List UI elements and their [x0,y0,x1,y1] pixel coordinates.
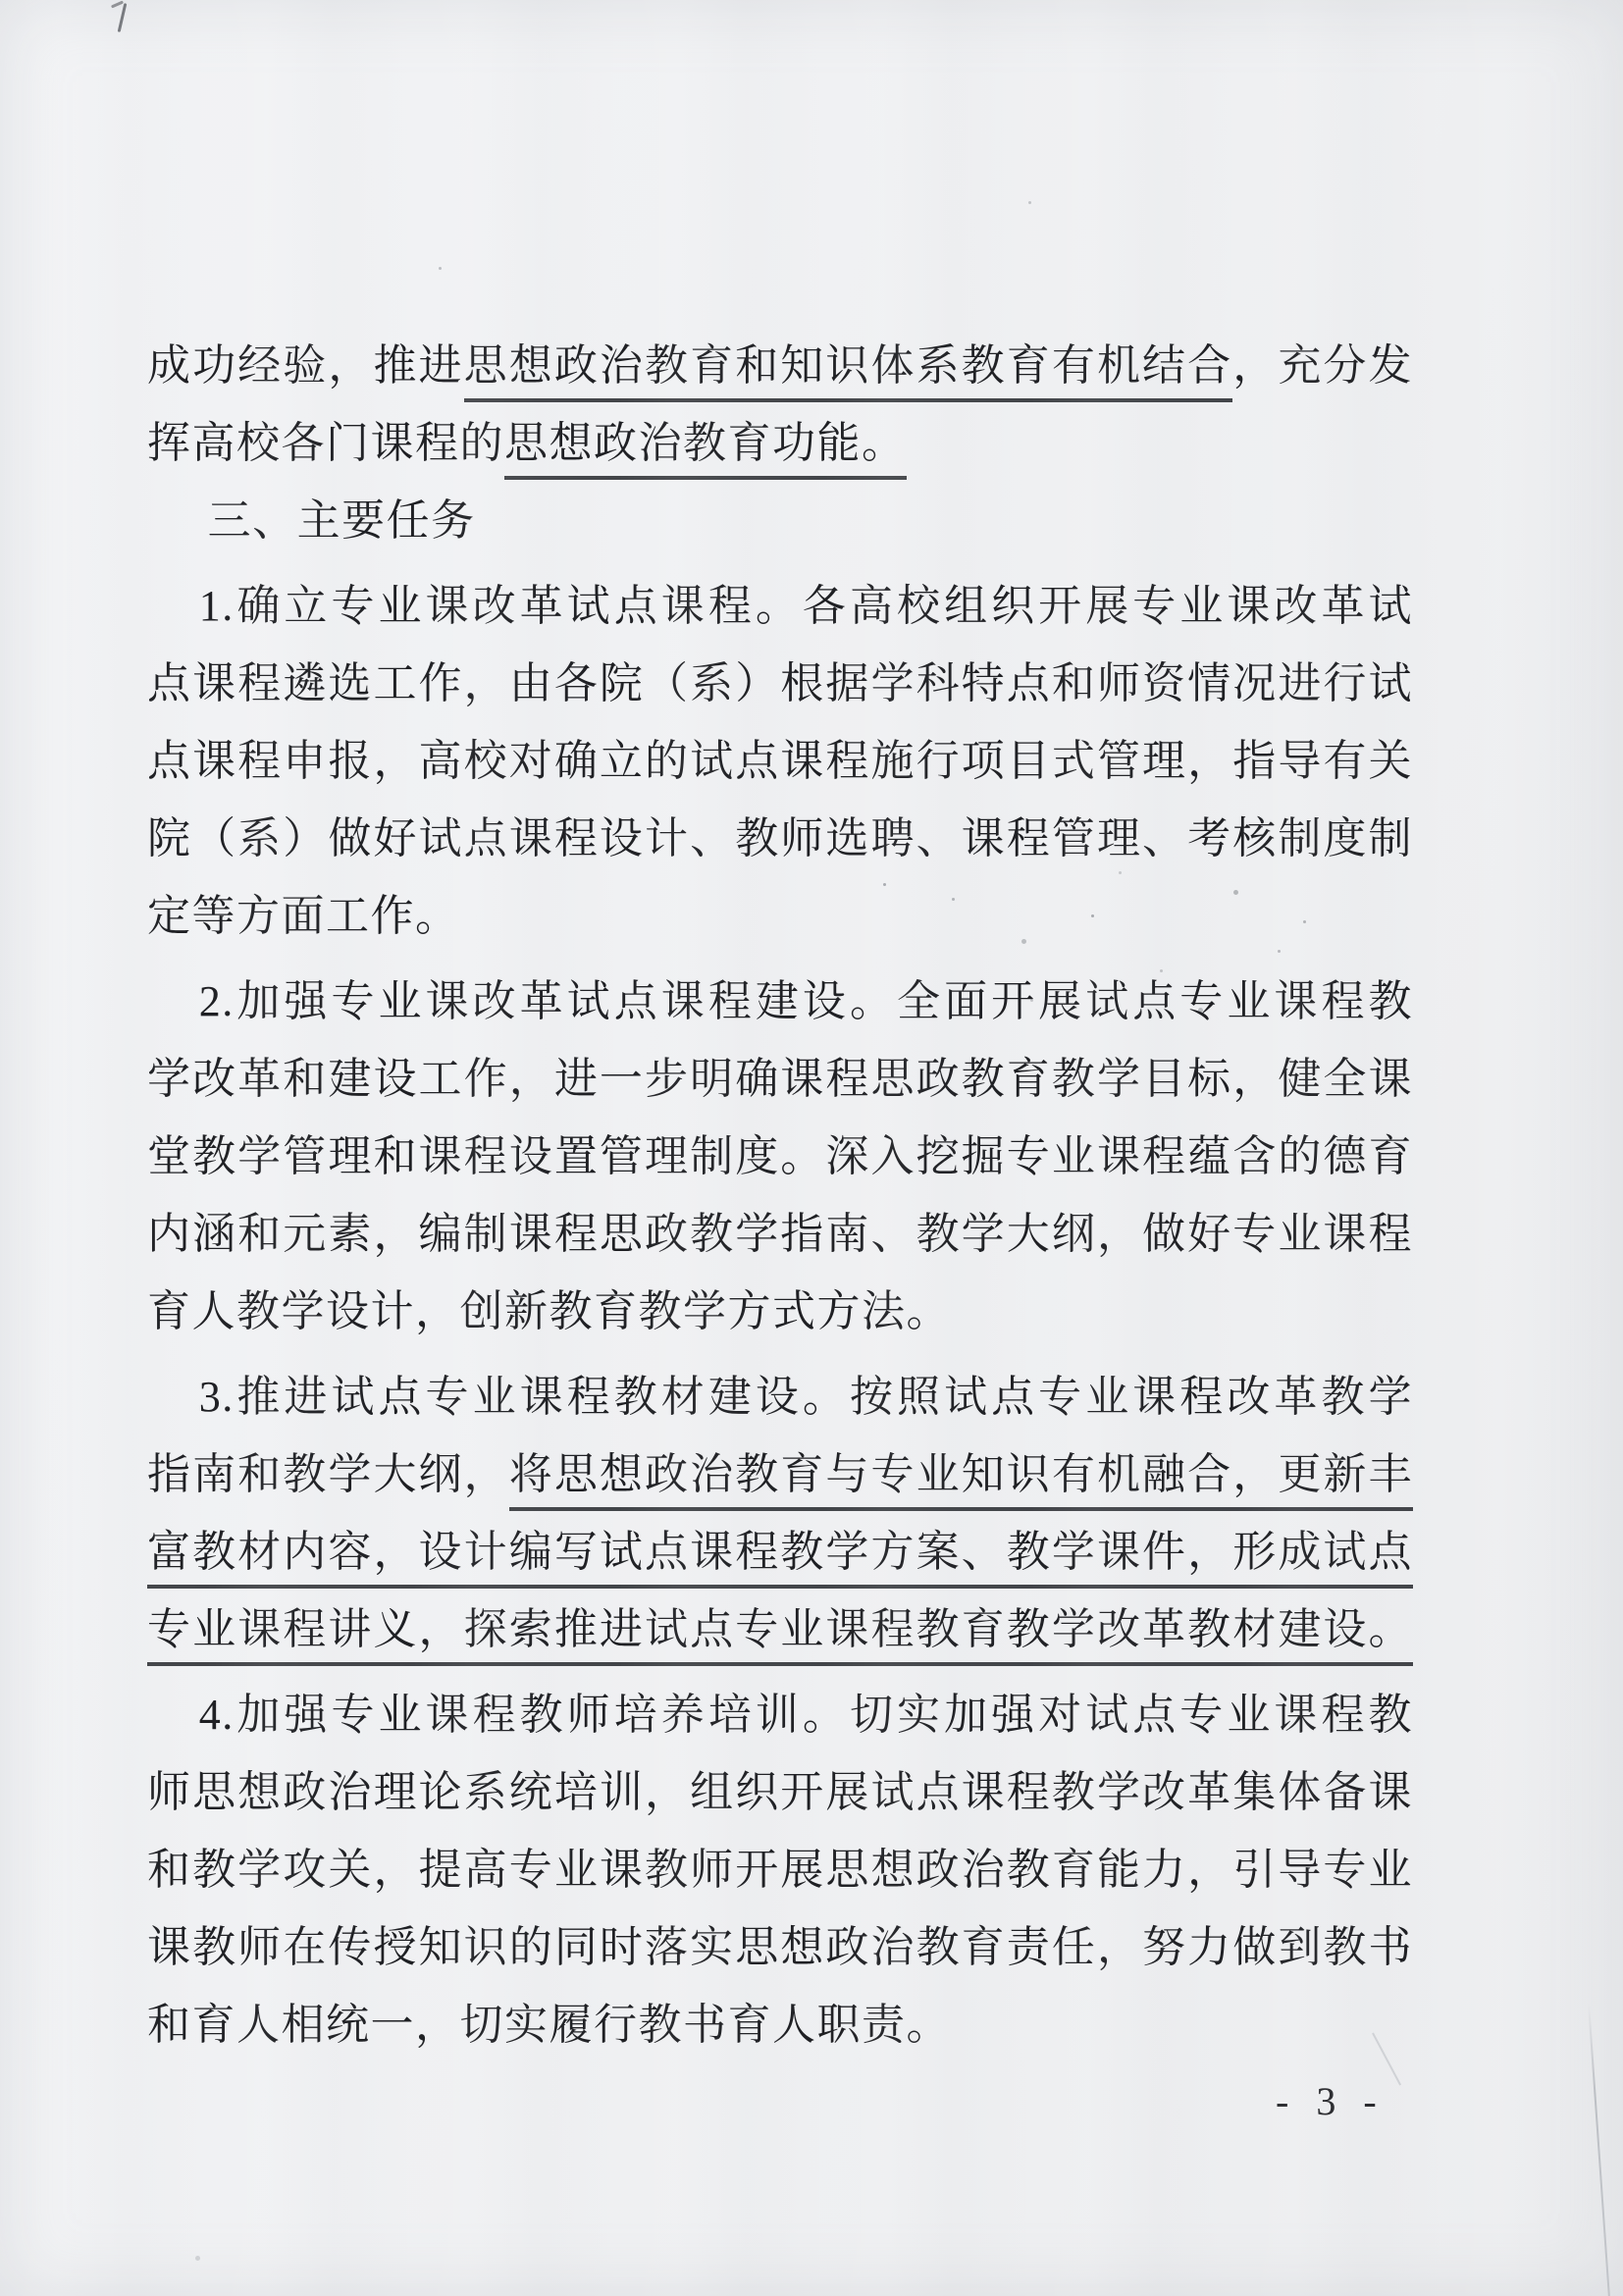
text-segment: 院（系）做好试点课程设计、教师选聘、课程管理、考核制度制 [147,814,1413,862]
text-line: 1.确立专业课改革试点课程。各高校组织开展专业课改革试 [147,567,1413,645]
text-line: 2.加强专业课改革试点课程建设。全面开展试点专业课程教 [147,963,1413,1040]
section-heading: 三、主要任务 [147,482,1413,559]
text-segment: ，充分发 [1232,341,1413,390]
paper-crease [1588,2004,1610,2296]
text-line: 堂教学管理和课程设置管理制度。深入挖掘专业课程蕴含的德育 [147,1118,1413,1195]
text-segment: 定等方面工作。 [147,892,460,940]
text-line: 点课程遴选工作，由各院（系）根据学科特点和师资情况进行试 [147,645,1413,722]
text-line: 课教师在传授知识的同时落实思想政治教育责任，努力做到教书 [147,1908,1413,1986]
text-line: 学改革和建设工作，进一步明确课程思政教育教学目标，健全课 [147,1040,1413,1118]
text-line: 富教材内容，设计编写试点课程教学方案、教学课件，形成试点 [147,1513,1413,1591]
text-line: 点课程申报，高校对确立的试点课程施行项目式管理，指导有关 [147,722,1413,800]
text-segment: 课教师在传授知识的同时落实思想政治教育责任，努力做到教书 [147,1923,1413,1971]
text-line: 院（系）做好试点课程设计、教师选聘、课程管理、考核制度制 [147,800,1413,877]
text-line: 专业课程讲义，探索推进试点专业课程教育教学改革教材建设。 [147,1591,1413,1668]
text-segment: 学改革和建设工作，进一步明确课程思政教育教学目标，健全课 [147,1055,1413,1103]
text-segment: 三、主要任务 [208,496,476,545]
text-line: 和教学攻关，提高专业课教师开展思想政治教育能力，引导专业 [147,1831,1413,1908]
text-line: 育人教学设计，创新教育教学方式方法。 [147,1273,1413,1350]
text-segment: 4.加强专业课程教师培养培训。切实加强对试点专业课程教 [199,1691,1413,1739]
page-number: - 3 - [1276,2078,1386,2124]
document-body: 成功经验，推进思想政治教育和知识体系教育有机结合，充分发挥高校各门课程的思想政治… [147,327,1413,2063]
text-segment: 3.推进试点专业课程教材建设。按照试点专业课程改革教学 [199,1373,1413,1421]
text-segment: 指南和教学大纲， [147,1450,509,1498]
text-segment: 内涵和元素，编制课程思政教学指南、教学大纲，做好专业课程 [147,1210,1413,1258]
text-segment: 和育人相统一，切实履行教书育人职责。 [147,2001,951,2049]
text-segment: 和教学攻关，提高专业课教师开展思想政治教育能力，引导专业 [147,1846,1413,1894]
pen-underlined-text: 专业课程讲义，探索推进试点专业课程教育教学改革教材建设。 [147,1605,1413,1666]
text-segment: 点课程遴选工作，由各院（系）根据学科特点和师资情况进行试 [147,659,1413,707]
text-line: 指南和教学大纲，将思想政治教育与专业知识有机融合，更新丰 [147,1435,1413,1513]
text-line: 师思想政治理论系统培训，组织开展试点课程教学改革集体备课 [147,1753,1413,1831]
text-segment: 点课程申报，高校对确立的试点课程施行项目式管理，指导有关 [147,737,1413,785]
text-segment: 挥高校各门课程的 [147,419,504,467]
text-line: 4.加强专业课程教师培养培训。切实加强对试点专业课程教 [147,1676,1413,1753]
text-segment: 师思想政治理论系统培训，组织开展试点课程教学改革集体备课 [147,1768,1413,1816]
text-line: 成功经验，推进思想政治教育和知识体系教育有机结合，充分发 [147,327,1413,404]
text-segment: 育人教学设计，创新教育教学方式方法。 [147,1287,951,1335]
text-line: 内涵和元素，编制课程思政教学指南、教学大纲，做好专业课程 [147,1195,1413,1273]
text-segment: 1.确立专业课改革试点课程。各高校组织开展专业课改革试 [199,582,1413,630]
pen-corner-mark [112,0,133,39]
pen-underlined-text: 富教材内容，设计编写试点课程教学方案、教学课件，形成试点 [147,1528,1413,1589]
text-line: 3.推进试点专业课程教材建设。按照试点专业课程改革教学 [147,1358,1413,1435]
text-segment: 堂教学管理和课程设置管理制度。深入挖掘专业课程蕴含的德育 [147,1132,1413,1180]
text-line: 定等方面工作。 [147,877,1413,955]
text-line: 和育人相统一，切实履行教书育人职责。 [147,1986,1413,2063]
text-segment: 成功经验，推进 [147,341,464,390]
text-segment: 2.加强专业课改革试点课程建设。全面开展试点专业课程教 [199,977,1413,1025]
pen-underlined-text: 思想政治教育功能。 [504,419,907,480]
text-line: 挥高校各门课程的思想政治教育功能。 [147,404,1413,482]
pen-underlined-text: 思想政治教育和知识体系教育有机结合 [464,341,1233,402]
scanned-document-page: 成功经验，推进思想政治教育和知识体系教育有机结合，充分发挥高校各门课程的思想政治… [0,0,1623,2296]
pen-underlined-text: 将思想政治教育与专业知识有机融合，更新丰 [509,1450,1413,1511]
